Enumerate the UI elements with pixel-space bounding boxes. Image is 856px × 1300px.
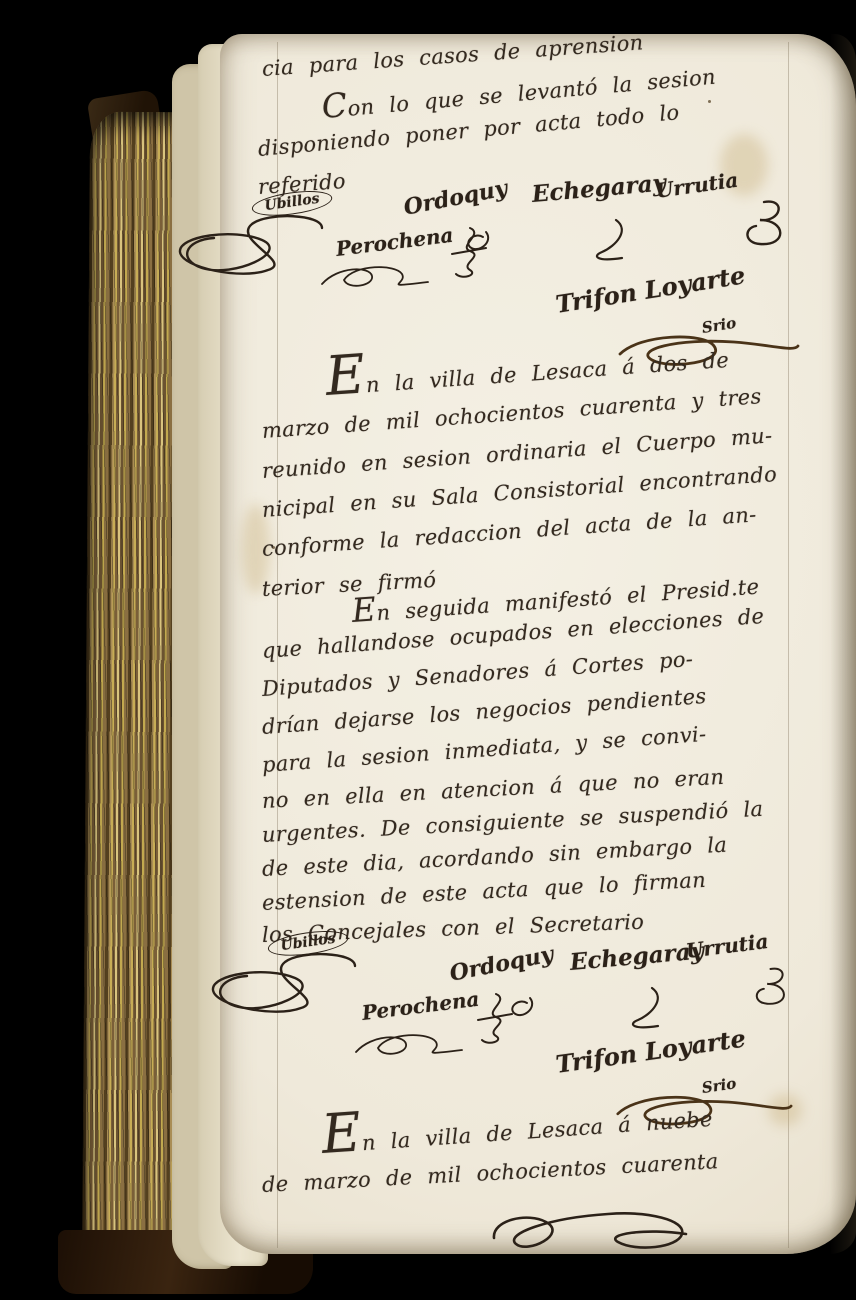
perochena-underline-loops: [352, 1030, 467, 1060]
perochena-rubric-flourish: [448, 224, 490, 282]
echegaray-rubric-flourish: [588, 216, 628, 264]
perochena-rubric-flourish: [474, 990, 516, 1048]
ubillos-rubric-flourish: [205, 948, 373, 1020]
ubillos-rubric-flourish: [172, 210, 340, 282]
page-curl-shadow: [830, 34, 856, 1254]
rubric-loops-graphic: [172, 210, 340, 282]
echegaray-rubric-flourish: [624, 984, 664, 1032]
perochena-underline-loops: [318, 262, 433, 292]
urrutia-rubric-flourish: [732, 196, 790, 254]
manuscript-scan: cia para los casos de aprension Con lo q…: [0, 0, 856, 1300]
closing-flourish: [486, 1202, 691, 1262]
urrutia-rubric-flourish: [744, 964, 792, 1012]
ink-speck: [708, 100, 711, 103]
